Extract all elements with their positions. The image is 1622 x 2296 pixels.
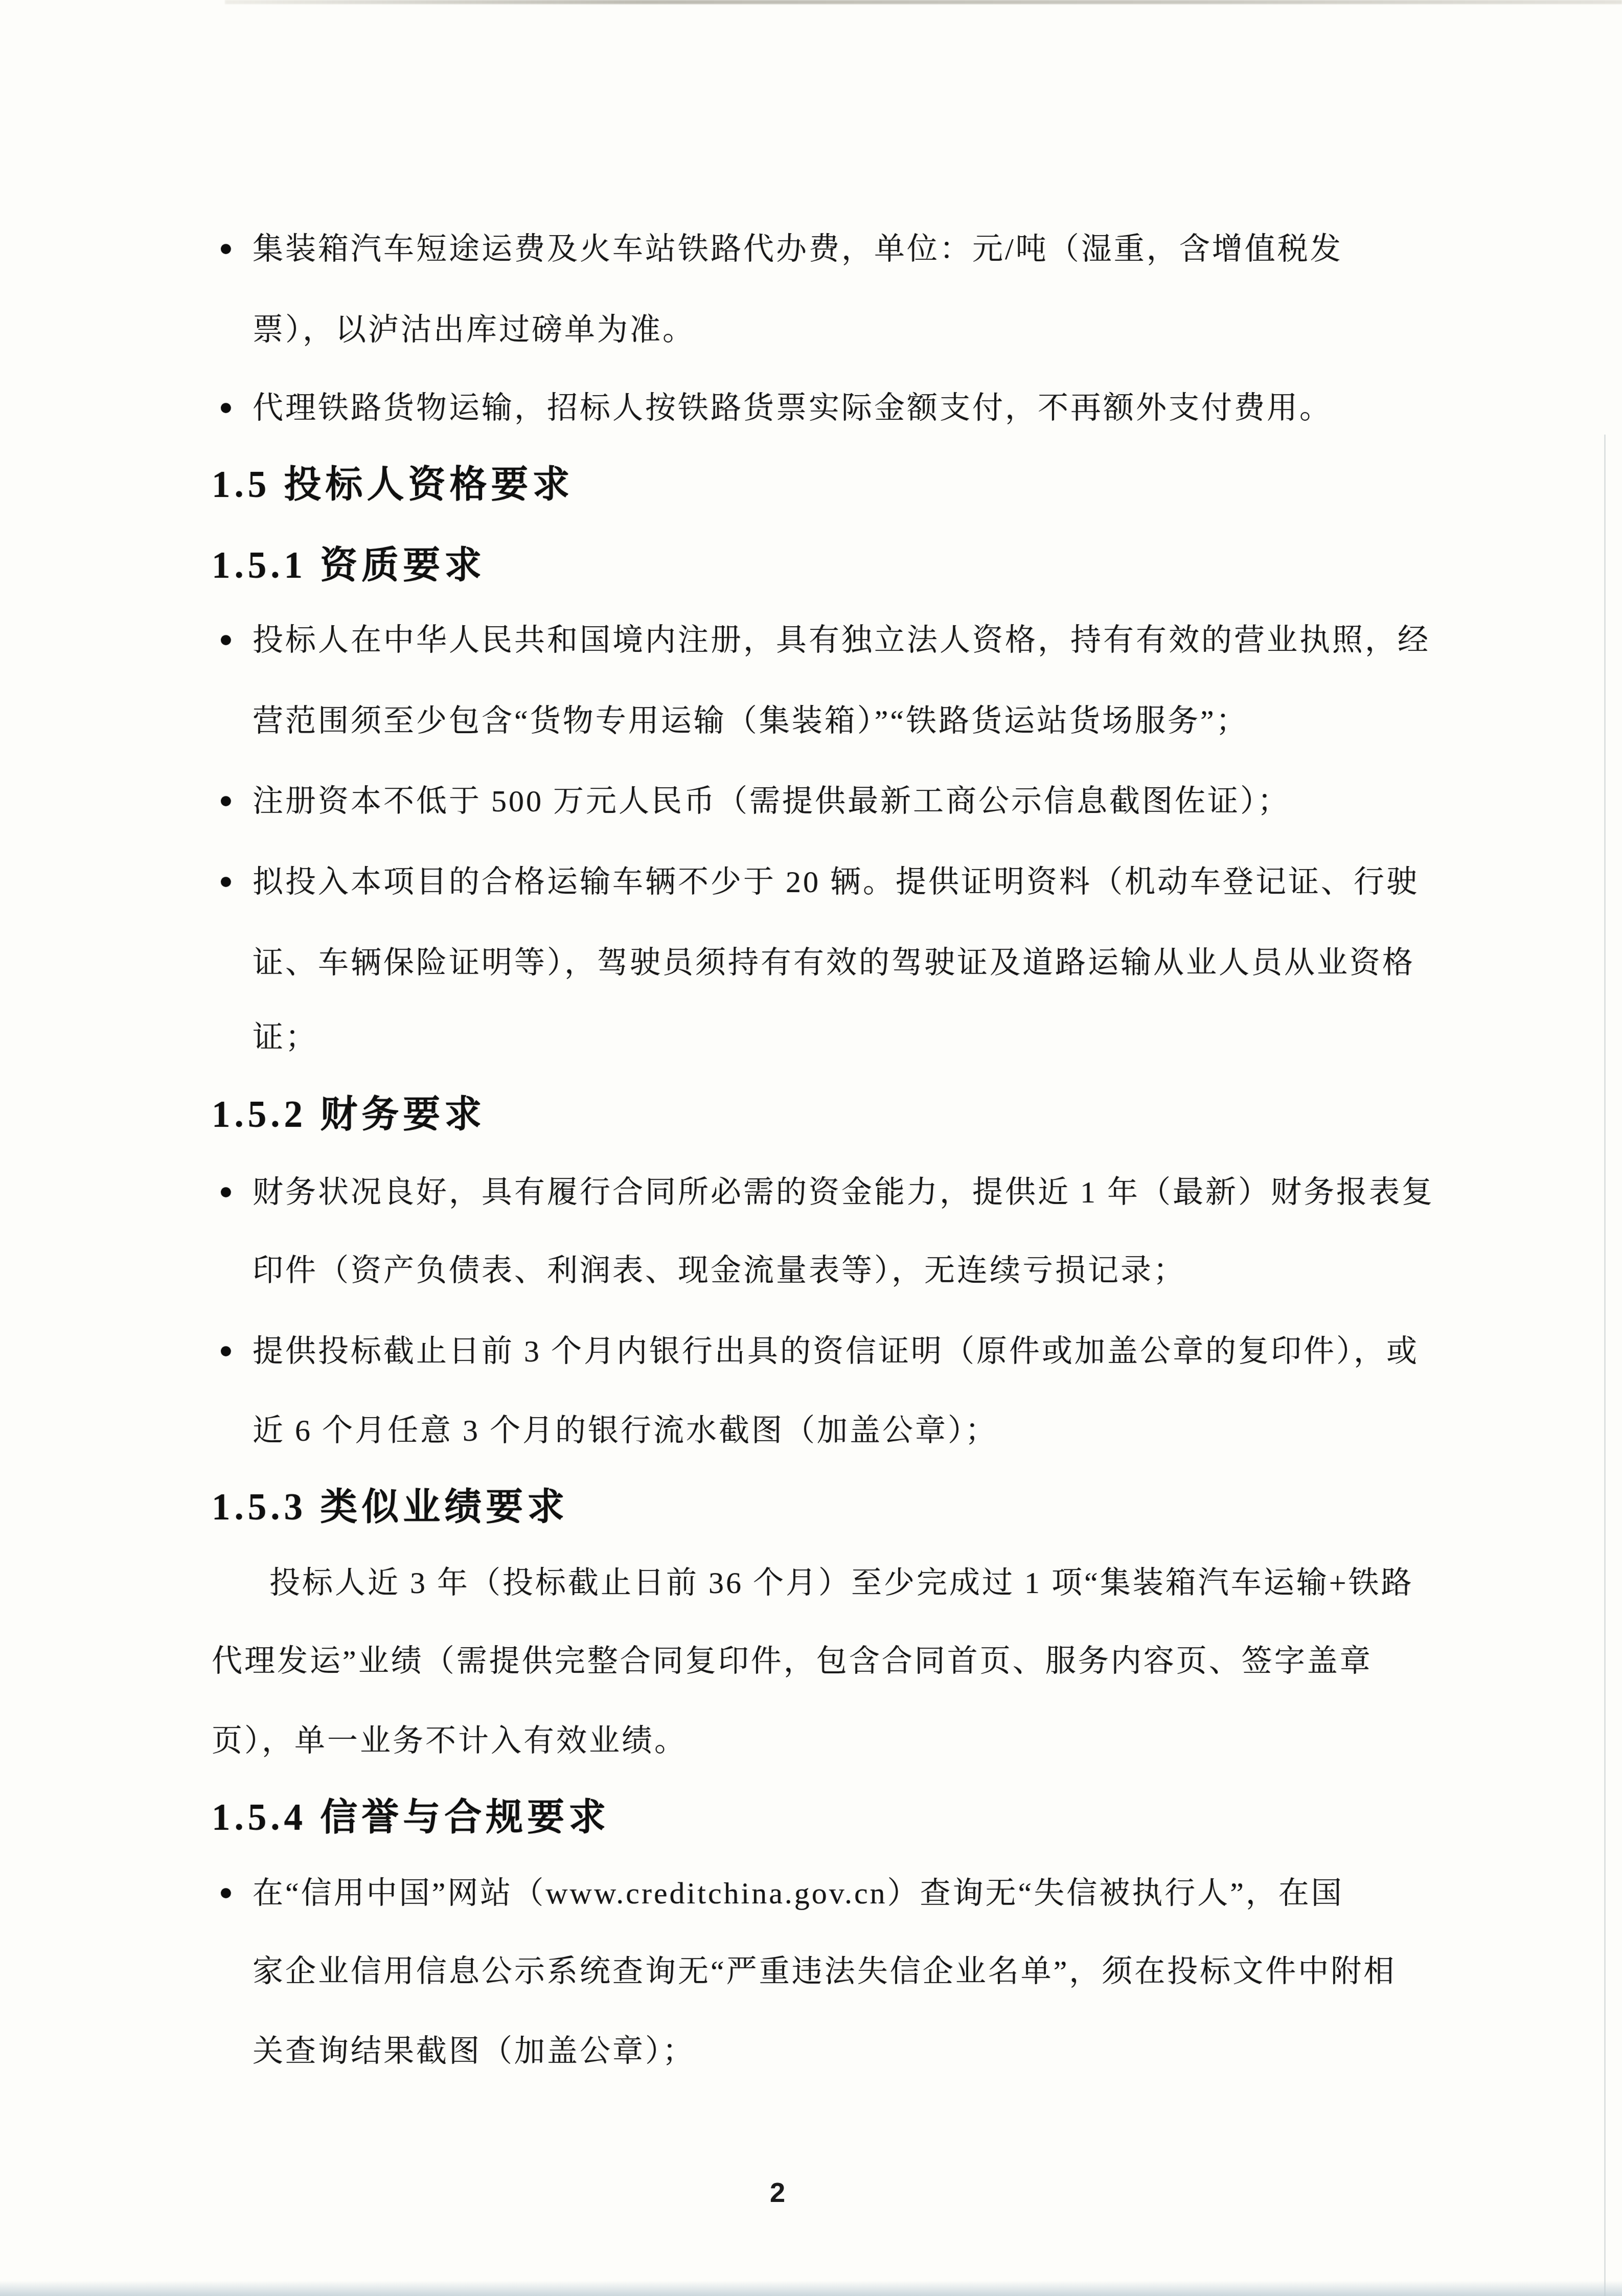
bullet-text: 提供投标截止日前 3 个月内银行出具的资信证明（原件或加盖公章的复印件），或 [253, 1334, 1419, 1368]
bullet-continuation-line: 关查询结果截图（加盖公章）； [253, 2031, 695, 2071]
bullet-text: 注册资本不低于 500 万元人民币（需提供最新工商公示信息截图佐证）； [253, 784, 1290, 818]
bullet-icon: ● [219, 1874, 233, 1910]
bullet-continuation-line: 营范围须至少包含“货物专用运输（集装箱）”“铁路货运站货场服务”； [253, 701, 1249, 741]
section-heading-1-5-3: 1.5.3 类似业绩要求 [212, 1476, 568, 1530]
page-number: 2 [770, 2177, 785, 2209]
bullet-continuation-line: 家企业信用信息公示系统查询无“严重违法失信企业名单”，须在投标文件中附相 [253, 1951, 1396, 1991]
bullet-text: 投标人在中华人民共和国境内注册，具有独立法人资格，持有有效的营业执照，经 [253, 623, 1430, 657]
bullet-line: ● 财务状况良好，具有履行合同所必需的资金能力，提供近 1 年（最新）财务报表复 [253, 1172, 1434, 1212]
section-heading-1-5: 1.5 投标人资格要求 [212, 454, 574, 508]
bullet-text: 近 6 个月任意 3 个月的银行流水截图（加盖公章）； [253, 1414, 998, 1447]
paragraph-line: 页），单一业务不计入有效业绩。 [212, 1721, 687, 1761]
section-heading-1-5-2: 1.5.2 财务要求 [212, 1084, 486, 1138]
bullet-icon: ● [219, 389, 233, 425]
bullet-text: 印件（资产负债表、利润表、现金流量表等），无连续亏损记录； [253, 1254, 1186, 1287]
bullet-icon: ● [219, 863, 233, 899]
section-heading-1-5-1: 1.5.1 资质要求 [212, 535, 486, 588]
bullet-text: 关查询结果截图（加盖公章）； [253, 2034, 695, 2068]
bullet-text: 代理铁路货物运输，招标人按铁路货票实际金额支付，不再额外支付费用。 [253, 391, 1332, 425]
bullet-line: ● 注册资本不低于 500 万元人民币（需提供最新工商公示信息截图佐证）； [253, 781, 1290, 821]
bullet-icon: ● [219, 782, 233, 818]
bullet-line: ● 投标人在中华人民共和国境内注册，具有独立法人资格，持有有效的营业执照，经 [253, 620, 1430, 660]
bullet-line: ● 拟投入本项目的合格运输车辆不少于 20 辆。提供证明资料（机动车登记证、行驶 [253, 862, 1419, 902]
scan-artifact-bottom [0, 2281, 1622, 2296]
paragraph-line: 代理发运”业绩（需提供完整合同复印件，包含合同首页、服务内容页、签字盖章 [212, 1641, 1373, 1681]
bullet-icon: ● [219, 1332, 233, 1368]
bullet-text: 家企业信用信息公示系统查询无“严重违法失信企业名单”，须在投标文件中附相 [253, 1954, 1396, 1988]
bullet-line: ● 在“信用中国”网站（www.creditchina.gov.cn）查询无“失… [253, 1873, 1344, 1913]
paragraph-line: 投标人近 3 年（投标截止日前 36 个月）至少完成过 1 项“集装箱汽车运输+… [269, 1563, 1413, 1603]
bullet-continuation-line: 证、车辆保险证明等），驾驶员须持有有效的驾驶证及道路运输从业人员从业资格 [253, 943, 1415, 983]
paragraph-text: 页），单一业务不计入有效业绩。 [212, 1724, 687, 1758]
bullet-text: 在“信用中国”网站（www.creditchina.gov.cn）查询无“失信被… [253, 1876, 1344, 1910]
bullet-continuation-line: 印件（资产负债表、利润表、现金流量表等），无连续亏损记录； [253, 1251, 1186, 1290]
bullet-text: 证、车辆保险证明等），驾驶员须持有有效的驾驶证及道路运输从业人员从业资格 [253, 946, 1415, 980]
bullet-icon: ● [219, 1173, 233, 1209]
bullet-text: 证； [253, 1020, 318, 1054]
bullet-text: 集装箱汽车短途运费及火车站铁路代办费，单位：元/吨（湿重，含增值税发 [253, 232, 1343, 266]
section-heading-1-5-4: 1.5.4 信誉与合规要求 [212, 1787, 610, 1840]
bullet-text: 营范围须至少包含“货物专用运输（集装箱）”“铁路货运站货场服务”； [253, 704, 1249, 738]
paragraph-text: 代理发运”业绩（需提供完整合同复印件，包含合同首页、服务内容页、签字盖章 [212, 1644, 1373, 1678]
bullet-text: 财务状况良好，具有履行合同所必需的资金能力，提供近 1 年（最新）财务报表复 [253, 1175, 1434, 1209]
scan-artifact-top [225, 0, 1622, 4]
scan-artifact-right-edge [1604, 435, 1606, 2296]
bullet-continuation-line: 证； [253, 1017, 318, 1057]
bullet-text: 拟投入本项目的合格运输车辆不少于 20 辆。提供证明资料（机动车登记证、行驶 [253, 865, 1419, 899]
bullet-continuation-line: 近 6 个月任意 3 个月的银行流水截图（加盖公章）； [253, 1411, 998, 1450]
paragraph-text: 投标人近 3 年（投标截止日前 36 个月）至少完成过 1 项“集装箱汽车运输+… [269, 1566, 1413, 1600]
bullet-line: ● 代理铁路货物运输，招标人按铁路货票实际金额支付，不再额外支付费用。 [253, 388, 1332, 428]
bullet-line: ● 提供投标截止日前 3 个月内银行出具的资信证明（原件或加盖公章的复印件），或 [253, 1331, 1419, 1371]
bullet-icon: ● [219, 621, 233, 657]
bullet-line: ● 集装箱汽车短途运费及火车站铁路代办费，单位：元/吨（湿重，含增值税发 [253, 229, 1343, 269]
bullet-icon: ● [219, 230, 233, 266]
document-page: ● 集装箱汽车短途运费及火车站铁路代办费，单位：元/吨（湿重，含增值税发 票），… [0, 0, 1622, 2296]
bullet-text: 票），以泸沽出库过磅单为准。 [253, 313, 695, 347]
bullet-continuation-line: 票），以泸沽出库过磅单为准。 [253, 310, 695, 350]
